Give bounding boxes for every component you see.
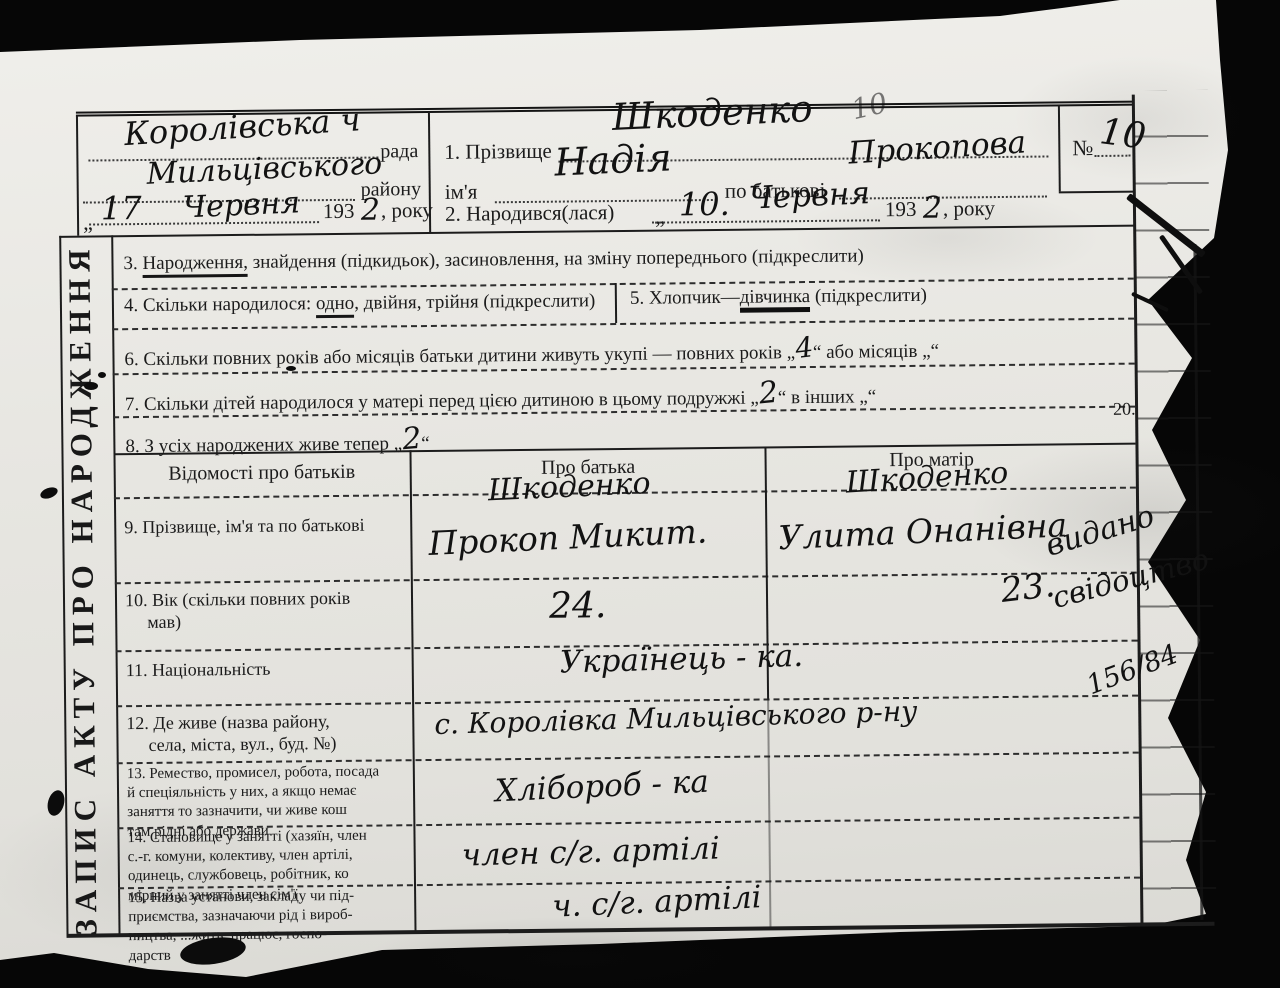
row4-text: 4. Скільки народилося:: [124, 293, 316, 316]
born-month-handwriting: Червня: [748, 175, 871, 216]
council-name-handwriting: Королівська ч: [123, 100, 362, 153]
ink-blob: [84, 382, 98, 390]
father-surname-handwriting: Шкоденко: [487, 466, 651, 508]
surname-handwriting: Шкоденко: [611, 87, 813, 139]
corner-scribble: 10: [848, 86, 890, 126]
father-age-handwriting: 24.: [549, 585, 607, 627]
row3-underlined-choice: Народження,: [142, 252, 248, 278]
row-line: [115, 572, 1137, 585]
born-day-handwriting: 10.: [679, 185, 730, 224]
row4-underlined-choice: одно: [316, 293, 355, 318]
row6-text: 6. Скільки повних років або місяців бать…: [124, 342, 795, 370]
occupation-handwriting: Хлібороб - ка: [494, 764, 709, 810]
nationality-handwriting: Українець - ка.: [559, 638, 803, 681]
roku-label: , року: [381, 198, 433, 224]
born-year-printed: 193: [885, 197, 917, 222]
row9-label: 9. Прізвище, ім'я та по батькові: [124, 515, 365, 539]
employment-status-handwriting: член с/г. артілі: [461, 830, 720, 873]
header-left-border: [76, 116, 79, 236]
stub-number: 20.: [1113, 399, 1136, 420]
rada-label: рада: [380, 140, 418, 163]
header-bottom-rule: [59, 225, 1135, 238]
surname-label: 1. Прізвище: [444, 139, 552, 165]
year-digit-handwriting: 2: [361, 192, 380, 227]
side-label: ЗАПИС АКТУ ПРО НАРОДЖЕННЯ: [61, 243, 114, 935]
row12-label-line2: села, міста, вул., буд. №): [148, 733, 336, 756]
row-3: 3. Народження, знайдення (підкидьок), за…: [123, 245, 864, 275]
row15-label-l4: дарств: [129, 944, 417, 966]
born-label: 2. Народився(лася): [445, 200, 615, 227]
born-year-handwriting: 2: [923, 191, 942, 226]
patronymic-handwriting: Прокопова: [847, 124, 1027, 171]
born-roku-label: , року: [943, 196, 995, 222]
date-month-handwriting: Червня: [182, 185, 301, 225]
row6-text-mid: “ або місяців „: [813, 341, 931, 363]
row4-text-post: , двійня, трійня (підкреслити): [354, 290, 595, 314]
row6-text-end: “: [930, 341, 939, 362]
row4-5-divider: [615, 283, 617, 323]
name-handwriting: Надія: [553, 135, 672, 184]
birth-record-form: ЗАПИС АКТУ ПРО НАРОДЖЕННЯ Королівська ч …: [0, 0, 1280, 988]
year-printed: 193: [323, 199, 355, 224]
row-7: 7. Скільки дітей народилося у матері пер…: [125, 375, 877, 418]
row-line: [112, 278, 1134, 291]
row3-num: 3.: [123, 253, 142, 274]
row10-label-line1: 10. Вік (скільки повних років: [125, 588, 350, 611]
ink-blob: [98, 372, 106, 378]
father-name-handwriting: Прокоп Микит.: [428, 511, 708, 563]
institution-handwriting: ч. с/г. артілі: [551, 879, 762, 924]
number-box-bottom: [1059, 191, 1135, 194]
row10-label-line2: мав): [147, 612, 181, 633]
ink-blob: [286, 366, 296, 371]
row11-label: 11. Національність: [126, 659, 271, 682]
number-label: №: [1072, 135, 1093, 161]
row3-text: знайдення (підкидьок), засиновлення, на …: [248, 245, 864, 272]
row5-text-post: (підкреслити): [810, 285, 927, 307]
row-4: 4. Скільки народилося: одно, двійня, трі…: [124, 290, 596, 317]
col-divider-parents-faint: [767, 698, 771, 928]
row13-label-l1: 13. Ремество, промисел, робота, посада: [127, 762, 415, 784]
district-name-handwriting: Мильцівського: [146, 146, 383, 192]
row7-value-handwriting: 2: [757, 375, 779, 412]
number-box-left: [1058, 105, 1061, 191]
date-day-handwriting: 17: [101, 189, 142, 227]
row7-text-mid: “ в інших „: [778, 386, 868, 408]
row6-value-handwriting: 4: [793, 330, 815, 365]
row-5: 5. Хлопчик—дівчинка (підкреслити): [630, 285, 927, 310]
col-header-parents: Відомості про батьків: [114, 460, 410, 486]
row7-text-end: “: [868, 386, 877, 407]
born-quote: „: [655, 204, 665, 230]
row5-text: 5. Хлопчик—: [630, 287, 740, 309]
row5-underlined-choice: дівчинка: [740, 286, 811, 313]
row8-text: 8. З усіх народжених живе тепер „: [125, 433, 402, 457]
row-line: [112, 318, 1134, 331]
mother-age-handwriting: 23.: [999, 565, 1057, 611]
row12-label-line1: 12. Де живе (назва району,: [126, 711, 330, 734]
row-8: 8. З усіх народжених живе тепер „2“: [125, 422, 430, 460]
row15-label: 15. Назва установи, закладу чи під- приє…: [128, 886, 417, 966]
mother-name-handwriting: Улита Онанівна: [778, 505, 1068, 557]
row7-text: 7. Скільки дітей народилося у матері пер…: [125, 388, 759, 416]
row8-value-handwriting: 2: [401, 421, 423, 457]
